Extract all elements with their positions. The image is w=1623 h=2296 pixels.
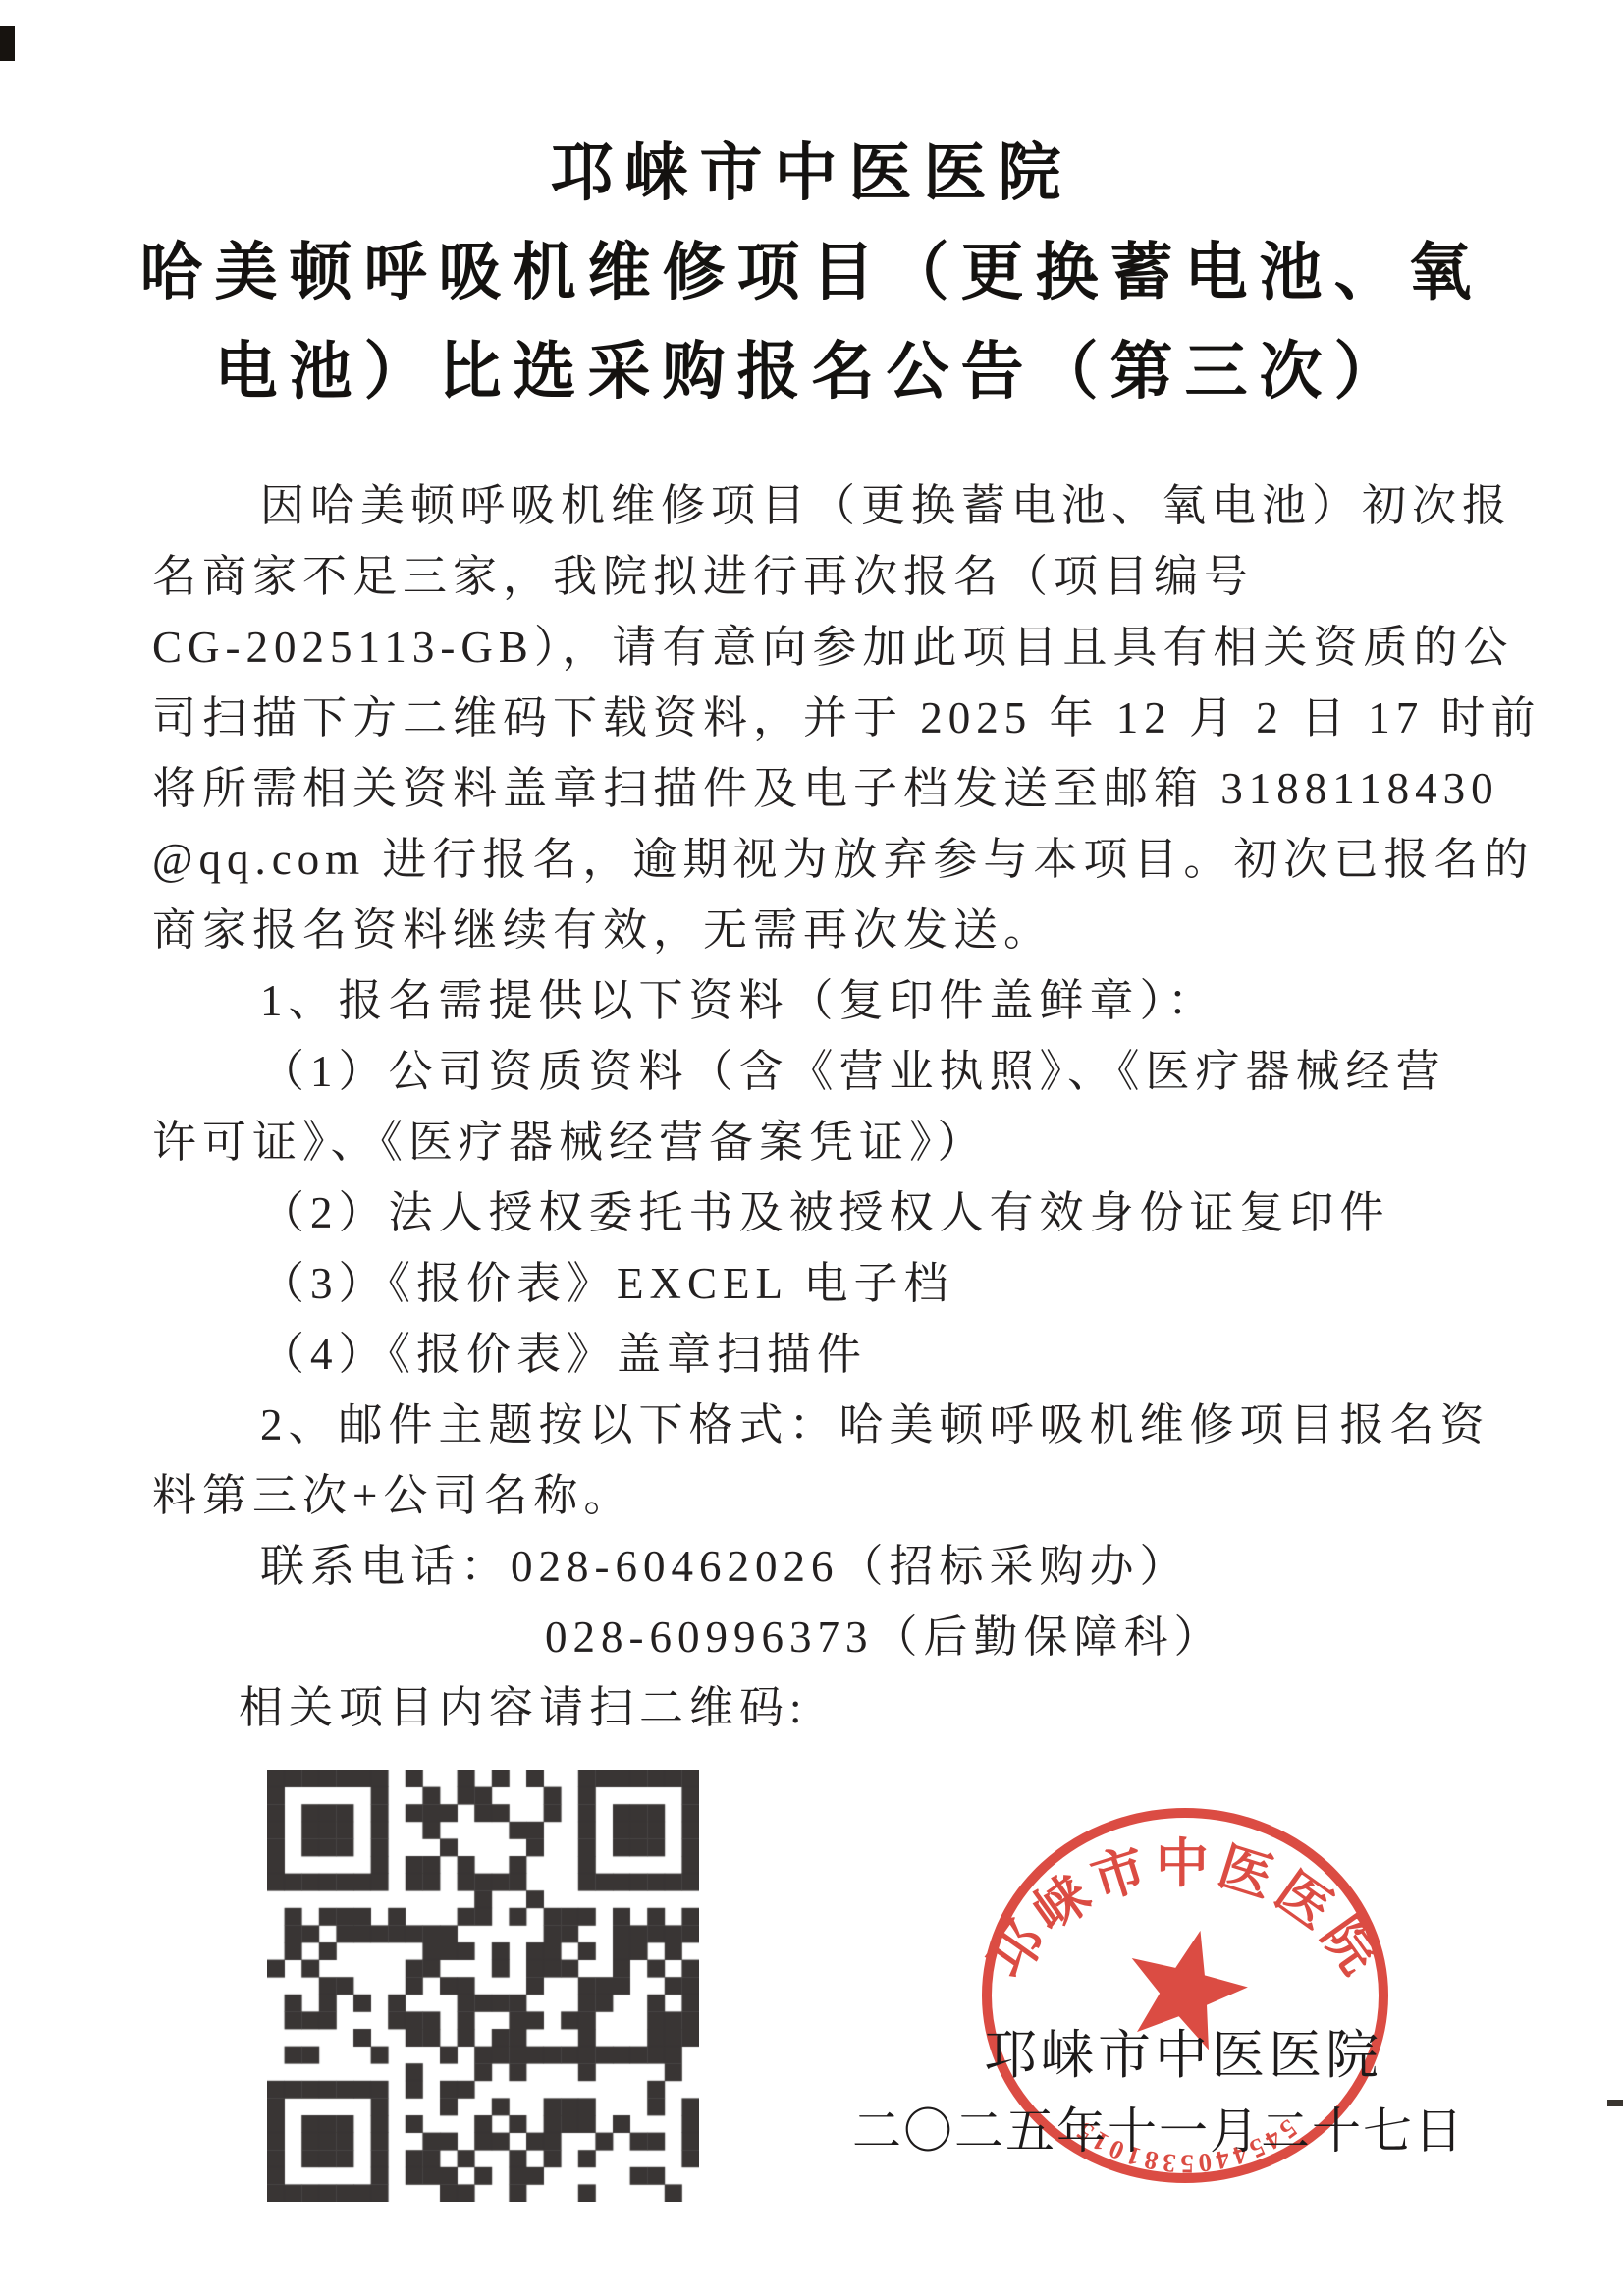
body-line: 名商家不足三家，我院拟进行再次报名（项目编号	[152, 541, 1529, 612]
title-hospital-name: 邛崃市中医医院	[0, 124, 1623, 223]
body-line: 2、邮件主题按以下格式：哈美顿呼吸机维修项目报名资	[152, 1390, 1529, 1460]
body-line: 料第三次+公司名称。	[152, 1460, 1529, 1531]
body-line: （1）公司资质资料（含《营业执照》、《医疗器械经营	[152, 1036, 1529, 1107]
body-line: （4）《报价表》盖章扫描件	[152, 1319, 1529, 1390]
body-line: @qq.com 进行报名，逾期视为放弃参与本项目。初次已报名的	[152, 824, 1529, 895]
body-line: 1、报名需提供以下资料（复印件盖鲜章）：	[152, 965, 1529, 1036]
title-project-line: 哈美顿呼吸机维修项目（更换蓄电池、氧	[0, 223, 1623, 322]
qr-code	[267, 1770, 699, 2202]
body-line: 司扫描下方二维码下载资料，并于 2025 年 12 月 2 日 17 时前	[152, 683, 1529, 753]
body-line: 商家报名资料继续有效，无需再次发送。	[152, 895, 1529, 965]
scan-artifact-corner	[0, 26, 15, 61]
scan-artifact-edge	[1607, 2100, 1623, 2106]
body-line: CG-2025113-GB），请有意向参加此项目且具有相关资质的公	[152, 612, 1529, 683]
title-notice-line: 电池）比选采购报名公告（第三次）	[0, 322, 1623, 421]
body-line: （2）法人授权委托书及被授权人有效身份证复印件	[152, 1177, 1529, 1248]
body-line: 028-60996373（后勤保障科）	[152, 1602, 1529, 1672]
body-line: 许可证》、《医疗器械经营备案凭证》）	[152, 1107, 1529, 1177]
body-line: 联系电话：028-60462026（招标采购办）	[152, 1531, 1529, 1602]
body-line: 将所需相关资料盖章扫描件及电子档发送至邮箱 3188118430	[152, 753, 1529, 824]
body-line: 因哈美顿呼吸机维修项目（更换蓄电池、氧电池）初次报	[152, 470, 1529, 541]
document-page: 邛崃市中医医院 哈美顿呼吸机维修项目（更换蓄电池、氧 电池）比选采购报名公告（第…	[0, 0, 1623, 2296]
signature-date: 二〇二五年十一月二十七日	[852, 2092, 1465, 2162]
body-line: （3）《报价表》EXCEL 电子档	[152, 1248, 1529, 1319]
document-title: 邛崃市中医医院 哈美顿呼吸机维修项目（更换蓄电池、氧 电池）比选采购报名公告（第…	[0, 0, 1623, 421]
document-body: 因哈美顿呼吸机维修项目（更换蓄电池、氧电池）初次报名商家不足三家，我院拟进行再次…	[152, 470, 1529, 1743]
body-line: 相关项目内容请扫二维码:	[152, 1672, 1529, 1743]
signature-org: 邛崃市中医医院	[984, 2013, 1382, 2089]
